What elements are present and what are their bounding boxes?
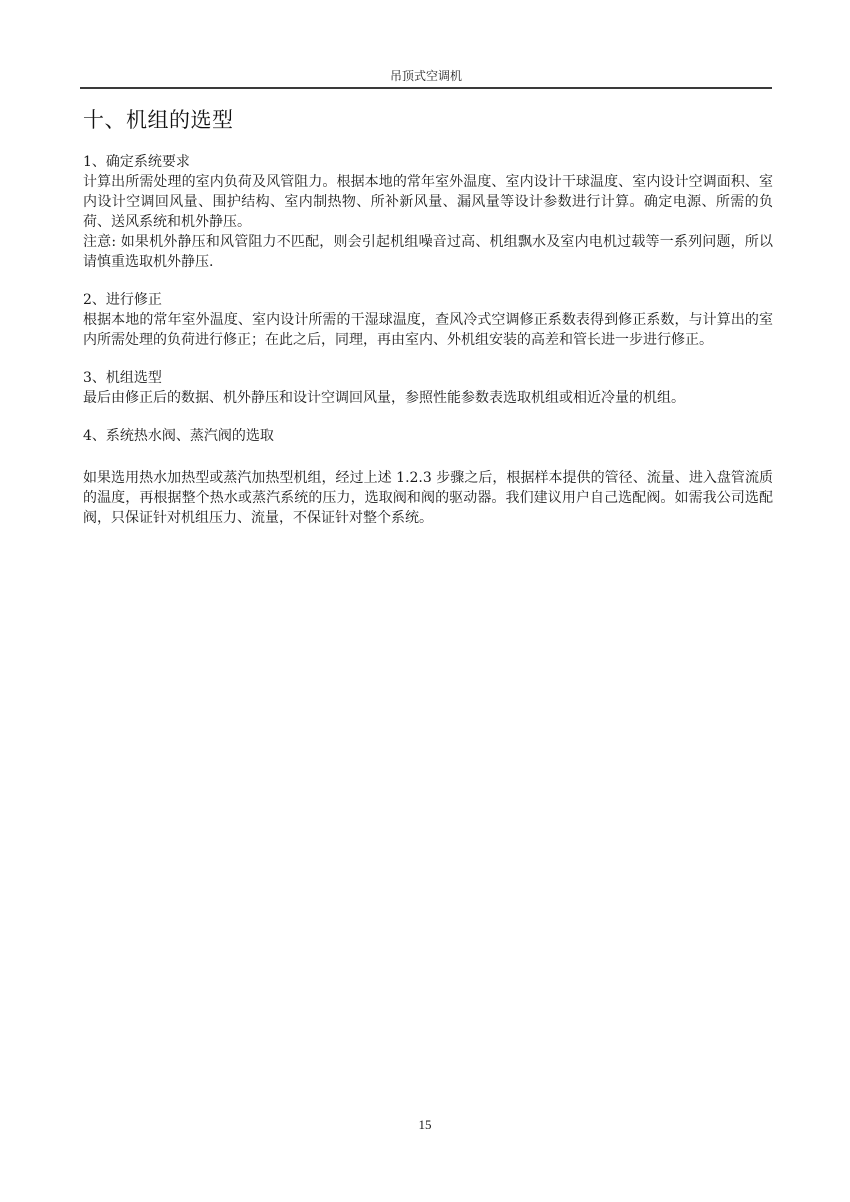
page-content: 十、机组的选型 1、确定系统要求 计算出所需处理的室内负荷及风管阻力。根据本地的… — [83, 100, 773, 528]
paragraph: 根据本地的常年室外温度、室内设计所需的干湿球温度，查风冷式空调修正系数表得到修正… — [83, 310, 773, 350]
subsection-heading: 3、机组选型 — [83, 368, 773, 388]
paragraph: 最后由修正后的数据、机外静压和设计空调回风量，参照性能参数表选取机组或相近冷量的… — [83, 388, 773, 408]
subsection-heading: 2、进行修正 — [83, 290, 773, 310]
subsection-unit-selection: 3、机组选型 最后由修正后的数据、机外静压和设计空调回风量，参照性能参数表选取机… — [83, 368, 773, 408]
paragraph: 计算出所需处理的室内负荷及风管阻力。根据本地的常年室外温度、室内设计干球温度、室… — [83, 172, 773, 232]
subsection-heading: 1、确定系统要求 — [83, 152, 773, 172]
page-number: 15 — [0, 1117, 850, 1133]
subsection-heading: 4、系统热水阀、蒸汽阀的选取 — [83, 426, 773, 446]
subsection-system-requirements: 1、确定系统要求 计算出所需处理的室内负荷及风管阻力。根据本地的常年室外温度、室… — [83, 152, 773, 272]
paragraph: 如果选用热水加热型或蒸汽加热型机组，经过上述 1.2.3 步骤之后，根据样本提供… — [83, 468, 773, 528]
running-header: 吊顶式空调机 — [80, 68, 772, 84]
subsection-correction: 2、进行修正 根据本地的常年室外温度、室内设计所需的干湿球温度，查风冷式空调修正… — [83, 290, 773, 350]
header-divider — [80, 87, 772, 89]
note-paragraph: 注意: 如果机外静压和风管阻力不匹配，则会引起机组噪音过高、机组飘水及室内电机过… — [83, 232, 773, 272]
subsection-valve-selection: 4、系统热水阀、蒸汽阀的选取 如果选用热水加热型或蒸汽加热型机组，经过上述 1.… — [83, 426, 773, 528]
section-title: 十、机组的选型 — [83, 104, 773, 136]
